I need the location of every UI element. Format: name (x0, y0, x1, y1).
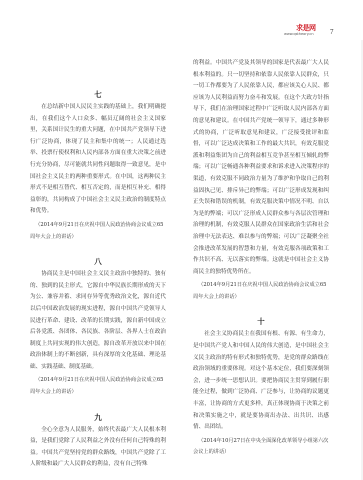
right-column: 的利益。中国共产党及其领导的国家是代表最广大人民根本利益的。只一切坚持和依靠人民… (193, 58, 329, 471)
logo-wordmark: 求是网 (296, 25, 316, 32)
page-header: 求是网 www.qstheory.cn 7 (280, 24, 350, 40)
section-paragraph: 在总结新中国人民民主实践的基础上，我们明确提出，在我们这个人口众多、幅员辽阔的社… (30, 102, 166, 218)
section-heading: 七 (30, 88, 166, 102)
page-number: 7 (330, 28, 334, 36)
logo-url: www.qstheory.cn (284, 32, 314, 36)
section-9-continued: 的利益。中国共产党及其领导的国家是代表最广大人民根本利益的。只一切坚持和依靠人民… (193, 58, 329, 303)
section-paragraph-continued: 的利益。中国共产党及其领导的国家是代表最广大人民根本利益的。只一切坚持和依靠人民… (193, 58, 329, 278)
section-10: 十 社会主义协商民主在我国有根、有源、有生命力，是中国共产党人和中国人民的伟大创… (193, 315, 329, 459)
section-heading: 九 (30, 411, 166, 425)
section-9: 九 全心全意为人民服务，始终代表最广大人民根本利益，是我们党除了人民利益之外没有… (30, 411, 166, 471)
section-8: 八 协商民主是中国社会主义民主政治中独特的、独有的、独到的民主形式，它源自中华民… (30, 255, 166, 399)
section-heading: 八 (30, 255, 166, 269)
speech-source: （2014年9月21日在庆祝中国人民政治协商会议成立65周年大会上的讲话） (193, 280, 329, 303)
section-paragraph: 协商民主是中国社会主义民主政治中独特的、独有的、独到的民主形式，它源自中华民族长… (30, 269, 166, 373)
publisher-logo: 求是网 www.qstheory.cn (284, 24, 326, 38)
section-heading: 十 (193, 315, 329, 329)
section-paragraph: 全心全意为人民服务，始终代表最广大人民根本利益，是我们党除了人民利益之外没有任何… (30, 425, 166, 471)
speech-source: （2014年9月21日在庆祝中国人民政治协商会议成立65周年大会上的讲话） (30, 220, 166, 243)
left-column: 七 在总结新中国人民民主实践的基础上，我们明确提出，在我们这个人口众多、幅员辽阔… (30, 82, 166, 471)
speech-source: （2014年9月21日在庆祝中国人民政治协商会议成立65周年大会上的讲话） (30, 375, 166, 398)
section-paragraph: 社会主义协商民主在我国有根、有源、有生命力，是中国共产党人和中国人民的伟大创造，… (193, 329, 329, 433)
speech-source: （2014年10月27日在中央全面深化改革领导小组第六次会议上的讲话） (193, 436, 329, 459)
section-7: 七 在总结新中国人民民主实践的基础上，我们明确提出，在我们这个人口众多、幅员辽阔… (30, 88, 166, 243)
